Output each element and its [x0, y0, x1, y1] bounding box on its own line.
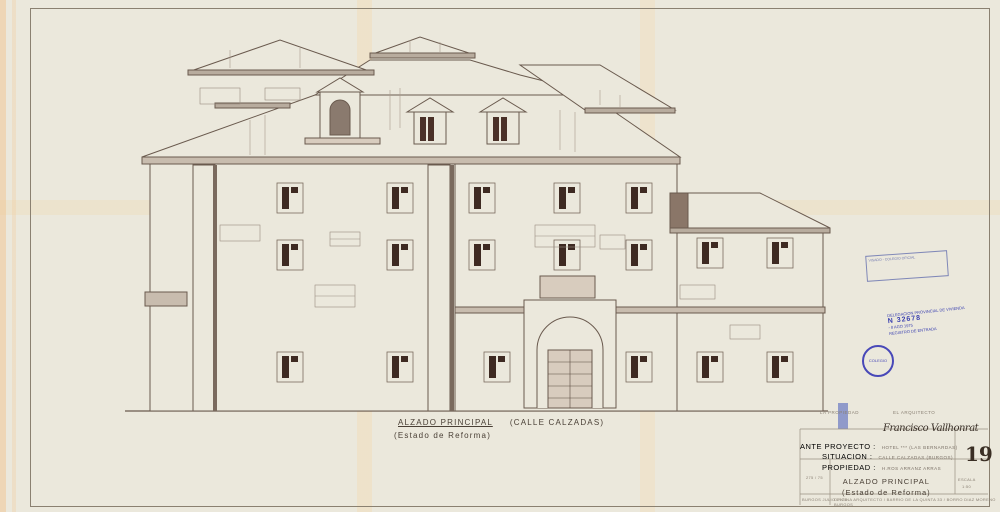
property-label: PROPIEDAD :	[822, 463, 876, 472]
sheet-number: 19	[965, 442, 993, 466]
plan-title-block: ALZADO PRINCIPAL (Estado de Reforma)	[842, 476, 931, 498]
caption-street: (CALLE CALZADAS)	[510, 418, 604, 427]
left-cell: 275 / 75	[806, 475, 823, 480]
caption-subtitle: (Estado de Reforma)	[394, 431, 604, 440]
scale-label: ESCALA	[958, 477, 976, 482]
scale-value: 1:50	[962, 484, 971, 489]
property-value: H.ROS ARRANZ ARRAS	[882, 466, 941, 471]
footer-office: OFICINA ARQUITECTO / BARRIO DE LA QUINTA…	[834, 497, 1000, 507]
title-block-property: PROPIEDAD :H.ROS ARRANZ ARRAS	[822, 457, 941, 475]
architect-label: EL ARQUITECTO	[893, 410, 935, 415]
official-seal: COLEGIO	[862, 345, 894, 377]
caption-title: ALZADO PRINCIPAL	[398, 418, 493, 427]
owner-label: LA PROPIEDAD	[820, 410, 859, 415]
drawing-sheet: ALZADO PRINCIPAL (CALLE CALZADAS) (Estad…	[0, 0, 1000, 512]
plan-title: ALZADO PRINCIPAL	[842, 476, 931, 487]
architect-signature: Francisco Vallhonrat	[883, 423, 978, 434]
drawing-caption: ALZADO PRINCIPAL (CALLE CALZADAS) (Estad…	[398, 418, 604, 440]
